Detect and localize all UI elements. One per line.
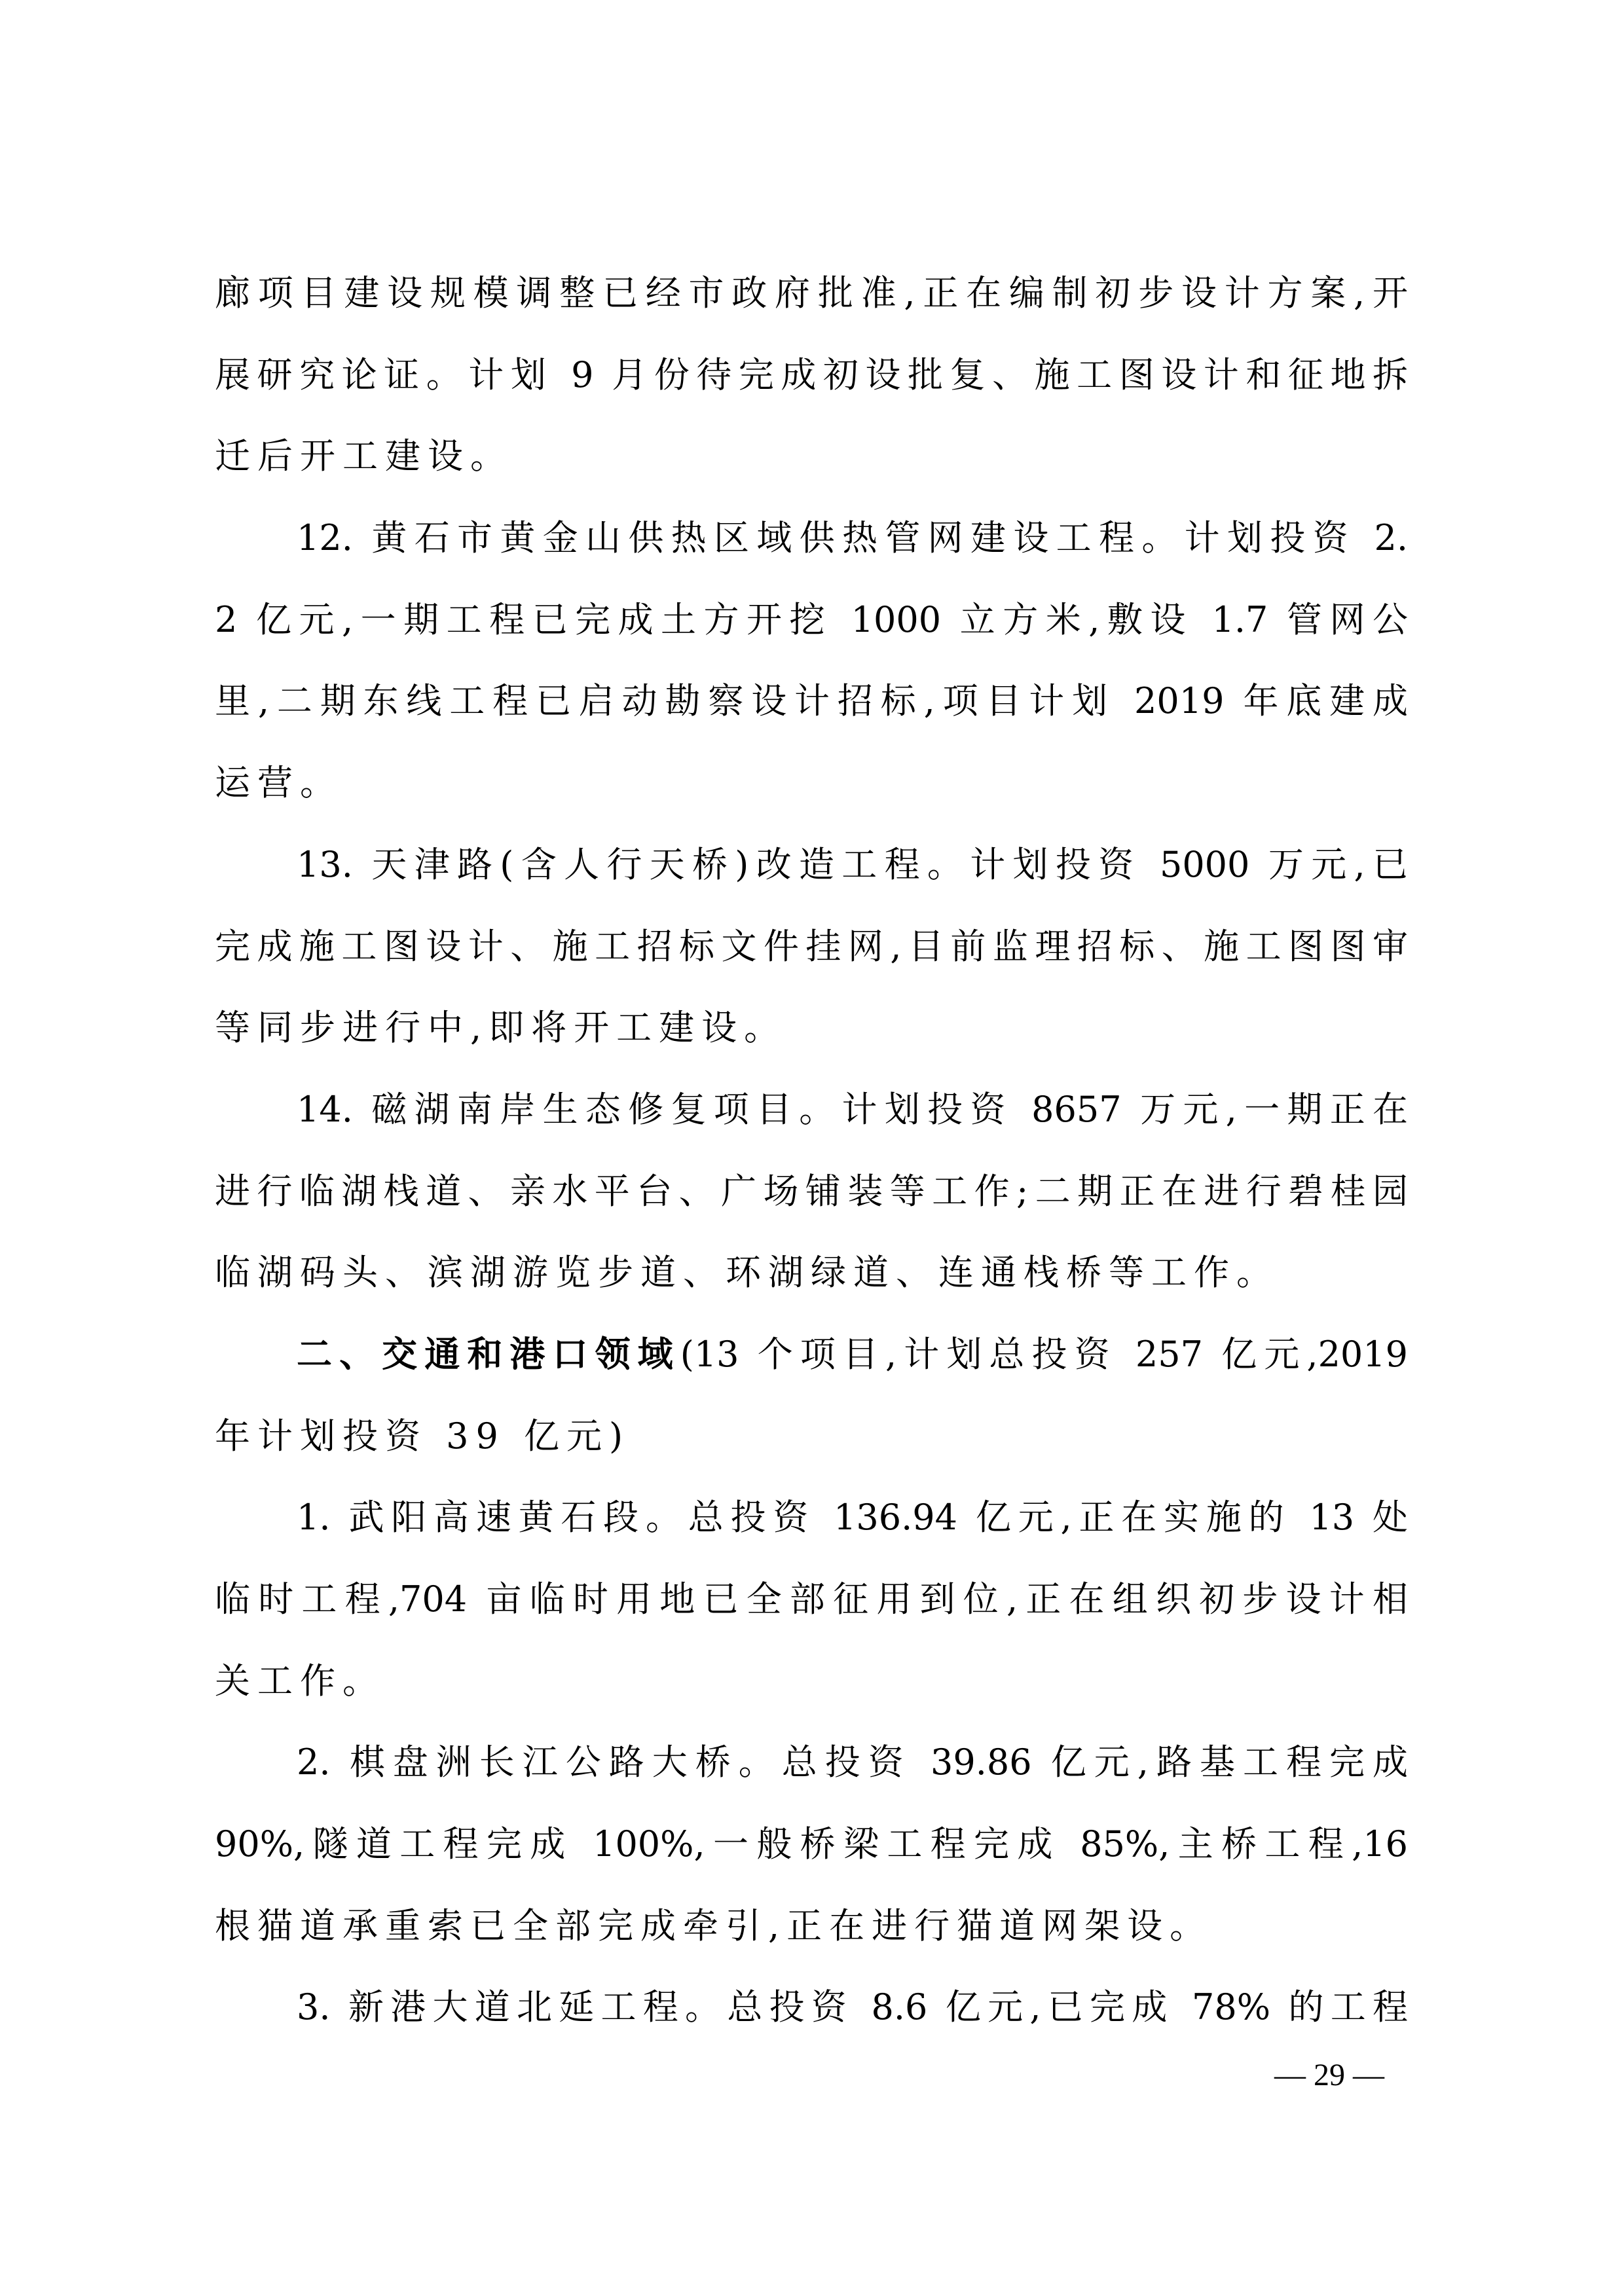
section-heading-line: 二、交通和港口领域(13 个项目,计划总投资 257 亿元,2019	[215, 1314, 1408, 1396]
item-1-title-line: 1. 武阳高速黄石段。总投资 136.94 亿元,正在实施的 13 处	[215, 1477, 1408, 1559]
text-line: 关工作。	[215, 1641, 1408, 1722]
text-line: 进行临湖栈道、亲水平台、广场铺装等工作;二期正在进行碧桂园	[215, 1151, 1408, 1233]
text-line: 年计划投资 39 亿元)	[215, 1396, 1408, 1478]
item-2-title-line: 2. 棋盘洲长江公路大桥。总投资 39.86 亿元,路基工程完成	[215, 1722, 1408, 1804]
text-line: 90%,隧道工程完成 100%,一般桥梁工程完成 85%,主桥工程,16	[215, 1804, 1408, 1886]
text-line: 廊项目建设规模调整已经市政府批准,正在编制初步设计方案,开	[215, 253, 1408, 335]
item-13-title-line: 13. 天津路(含人行天桥)改造工程。计划投资 5000 万元,已	[215, 824, 1408, 906]
text-line: 根猫道承重索已全部完成牵引,正在进行猫道网架设。	[215, 1886, 1408, 1967]
text-line: 迁后开工建设。	[215, 416, 1408, 498]
text-line: 临时工程,704 亩临时用地已全部征用到位,正在组织初步设计相	[215, 1559, 1408, 1641]
text-line: 临湖码头、滨湖游览步道、环湖绿道、连通栈桥等工作。	[215, 1232, 1408, 1314]
page-number: — 29 —	[1257, 2054, 1401, 2096]
body-text: 廊项目建设规模调整已经市政府批准,正在编制初步设计方案,开 展研究论证。计划 9…	[215, 253, 1408, 2049]
section-summary: (13 个项目,计划总投资 257 亿元,2019	[680, 1334, 1408, 1375]
text-line: 等同步进行中,即将开工建设。	[215, 987, 1408, 1069]
text-line: 展研究论证。计划 9 月份待完成初设批复、施工图设计和征地拆	[215, 335, 1408, 416]
item-12-title-line: 12. 黄石市黄金山供热区域供热管网建设工程。计划投资 2.	[215, 498, 1408, 579]
item-3-title-line: 3. 新港大道北延工程。总投资 8.6 亿元,已完成 78% 的工程	[215, 1967, 1408, 2049]
text-line: 完成施工图设计、施工招标文件挂网,目前监理招标、施工图图审	[215, 906, 1408, 988]
document-page: 廊项目建设规模调整已经市政府批准,正在编制初步设计方案,开 展研究论证。计划 9…	[0, 0, 1624, 2296]
item-14-title-line: 14. 磁湖南岸生态修复项目。计划投资 8657 万元,一期正在	[215, 1069, 1408, 1151]
text-line: 里,二期东线工程已启动勘察设计招标,项目计划 2019 年底建成	[215, 661, 1408, 742]
text-line: 2 亿元,一期工程已完成土方开挖 1000 立方米,敷设 1.7 管网公	[215, 579, 1408, 661]
section-heading: 二、交通和港口领域	[297, 1334, 680, 1375]
text-line: 运营。	[215, 742, 1408, 824]
